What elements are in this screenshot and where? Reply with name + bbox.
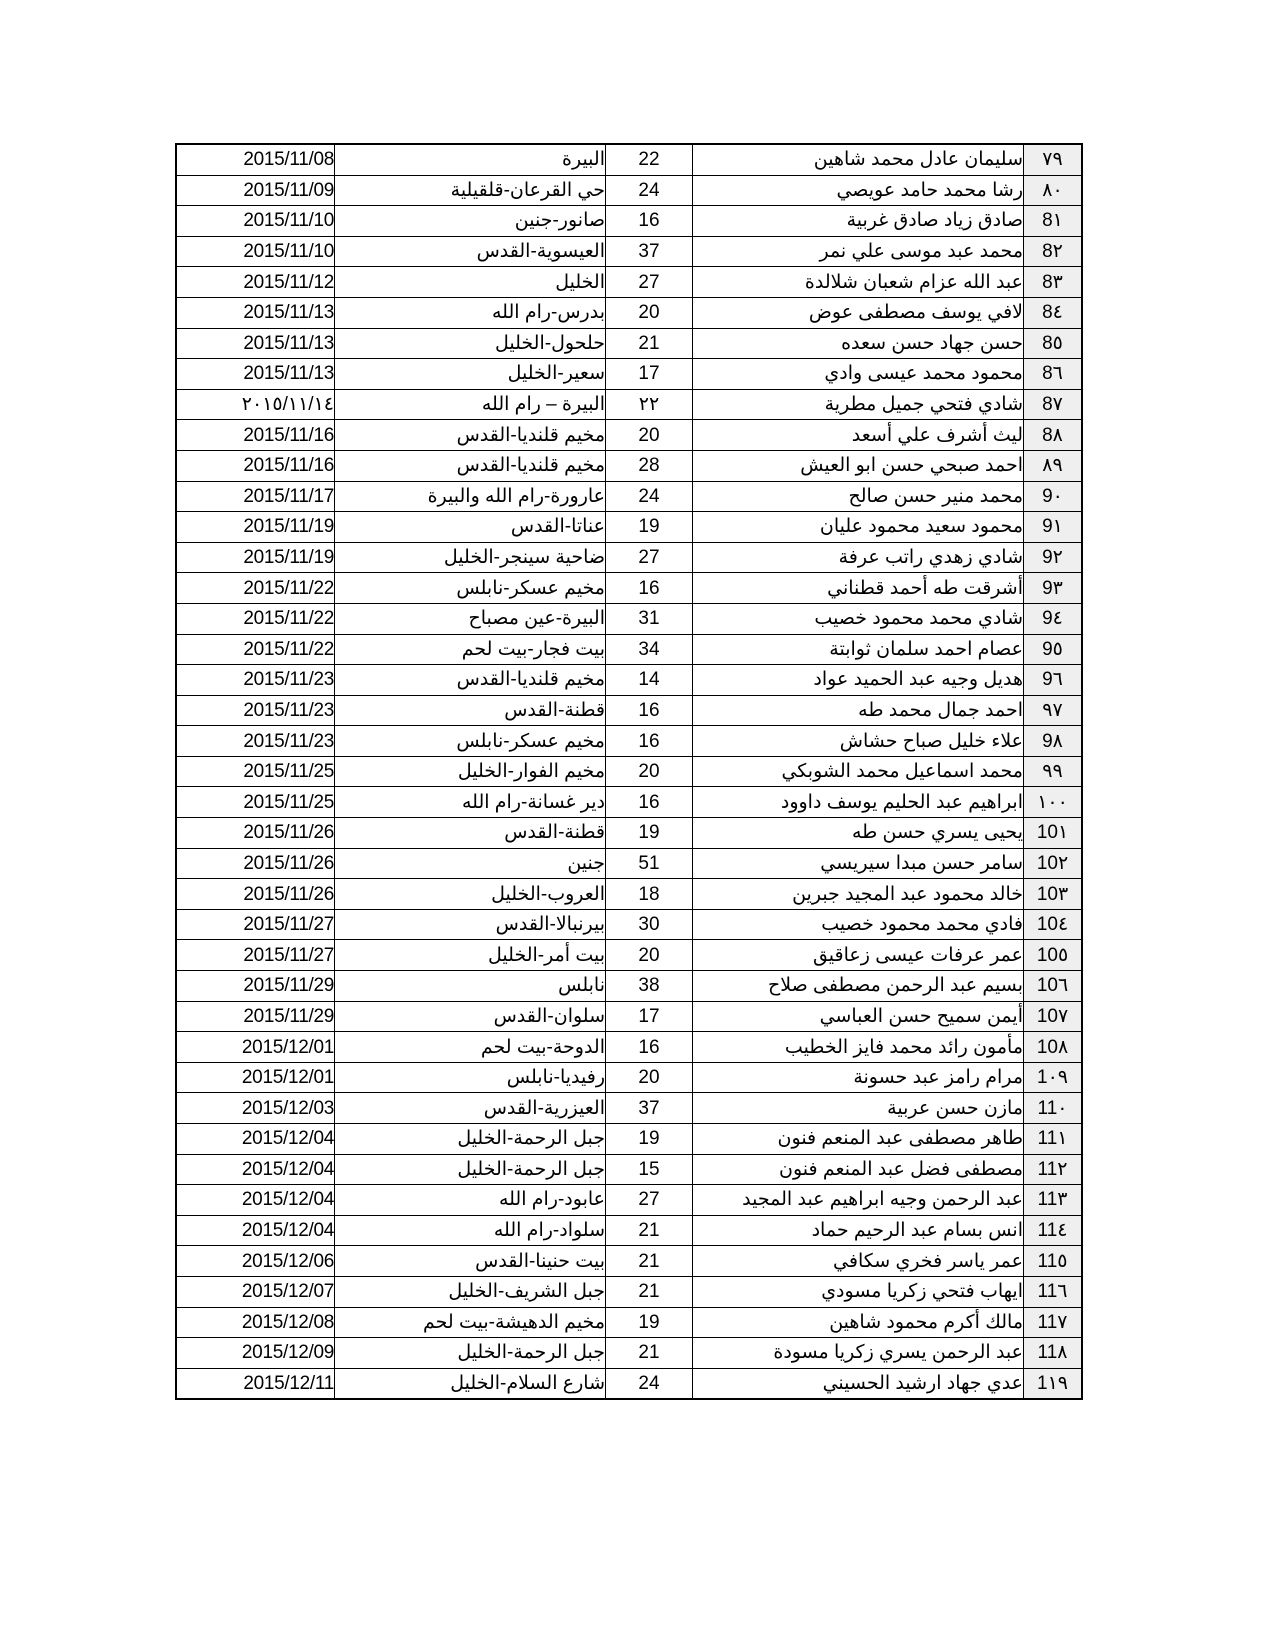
- number-cell: 8٥: [1024, 328, 1083, 359]
- name-cell: يحيى يسري حسن طه: [693, 818, 1024, 849]
- date-cell: 2015/11/23: [176, 665, 335, 696]
- number-cell: ٨٩: [1024, 450, 1083, 481]
- place-cell: مخيم عسكر-نابلس: [335, 726, 606, 757]
- place-cell: البيرة: [335, 144, 606, 175]
- date-cell: 2015/11/08: [176, 144, 335, 175]
- age-cell: 16: [606, 787, 693, 818]
- table-row: 2015/12/04عابود-رام الله27عبد الرحمن وجي…: [176, 1185, 1082, 1216]
- number-cell: ٩٩: [1024, 756, 1083, 787]
- date-cell: 2015/11/27: [176, 909, 335, 940]
- table-row: 2015/12/11شارع السلام-الخليل24عدي جهاد ا…: [176, 1368, 1082, 1399]
- number-cell: 8٤: [1024, 297, 1083, 328]
- date-cell: 2015/12/03: [176, 1093, 335, 1124]
- name-cell: عبد الرحمن يسري زكريا مسودة: [693, 1338, 1024, 1369]
- name-cell: عبد الرحمن وجيه ابراهيم عبد المجيد: [693, 1185, 1024, 1216]
- table-row: 2015/11/19ضاحية سينجر-الخليل27شادي زهدي …: [176, 542, 1082, 573]
- age-cell: 37: [606, 1093, 693, 1124]
- place-cell: الدوحة-بيت لحم: [335, 1032, 606, 1063]
- age-cell: 20: [606, 940, 693, 971]
- date-cell: 2015/11/29: [176, 1001, 335, 1032]
- number-cell: 1٠٩: [1024, 1062, 1083, 1093]
- number-cell: 9٨: [1024, 726, 1083, 757]
- table-row: 2015/11/26قطنة-القدس19يحيى يسري حسن طه10…: [176, 818, 1082, 849]
- place-cell: البيرة-عين مصباح: [335, 603, 606, 634]
- date-cell: 2015/11/12: [176, 267, 335, 298]
- place-cell: سلوان-القدس: [335, 1001, 606, 1032]
- place-cell: سلواد-رام الله: [335, 1215, 606, 1246]
- number-cell: 9٠: [1024, 481, 1083, 512]
- place-cell: عارورة-رام الله والبيرة: [335, 481, 606, 512]
- place-cell: صانور-جنين: [335, 206, 606, 237]
- date-cell: 2015/11/22: [176, 634, 335, 665]
- number-cell: 8٧: [1024, 389, 1083, 420]
- name-cell: عصام احمد سلمان ثوابتة: [693, 634, 1024, 665]
- place-cell: مخيم قلنديا-القدس: [335, 450, 606, 481]
- table-row: ٢٠١٥/١١/١٤البيرة – رام الله٢٢شادي فتحي ج…: [176, 389, 1082, 420]
- records-table: 2015/11/08البيرة22سليمان عادل محمد شاهين…: [175, 143, 1083, 1400]
- number-cell: 10١: [1024, 818, 1083, 849]
- table-row: 2015/11/17عارورة-رام الله والبيرة24محمد …: [176, 481, 1082, 512]
- date-cell: 2015/11/25: [176, 756, 335, 787]
- age-cell: 16: [606, 695, 693, 726]
- age-cell: 22: [606, 144, 693, 175]
- number-cell: 11٦: [1024, 1276, 1083, 1307]
- date-cell: 2015/11/16: [176, 450, 335, 481]
- name-cell: مأمون رائد محمد فايز الخطيب: [693, 1032, 1024, 1063]
- age-cell: 24: [606, 175, 693, 206]
- age-cell: ٢٢: [606, 389, 693, 420]
- age-cell: 20: [606, 420, 693, 451]
- place-cell: البيرة – رام الله: [335, 389, 606, 420]
- date-cell: 2015/11/13: [176, 328, 335, 359]
- number-cell: 9٦: [1024, 665, 1083, 696]
- age-cell: 34: [606, 634, 693, 665]
- age-cell: 14: [606, 665, 693, 696]
- date-cell: 2015/11/10: [176, 206, 335, 237]
- table-row: 2015/11/27بيت أمر-الخليل20عمر عرفات عيسى…: [176, 940, 1082, 971]
- number-cell: 11٣: [1024, 1185, 1083, 1216]
- name-cell: شادي محمد محمود خصيب: [693, 603, 1024, 634]
- number-cell: 9٥: [1024, 634, 1083, 665]
- number-cell: 11٤: [1024, 1215, 1083, 1246]
- table-row: 2015/11/23مخيم قلنديا-القدس14هديل وجيه ع…: [176, 665, 1082, 696]
- age-cell: 19: [606, 512, 693, 543]
- table-row: 2015/11/29نابلس38بسيم عبد الرحمن مصطفى ص…: [176, 971, 1082, 1002]
- name-cell: شادي زهدي راتب عرفة: [693, 542, 1024, 573]
- table-row: 2015/11/08البيرة22سليمان عادل محمد شاهين…: [176, 144, 1082, 175]
- table-row: 2015/11/26العروب-الخليل18خالد محمود عبد …: [176, 879, 1082, 910]
- number-cell: 8٦: [1024, 359, 1083, 390]
- date-cell: 2015/11/23: [176, 726, 335, 757]
- age-cell: 21: [606, 1215, 693, 1246]
- table-row: 2015/12/04سلواد-رام الله21انس بسام عبد ا…: [176, 1215, 1082, 1246]
- name-cell: هديل وجيه عبد الحميد عواد: [693, 665, 1024, 696]
- place-cell: رفيديا-نابلس: [335, 1062, 606, 1093]
- name-cell: مصطفى فضل عبد المنعم فنون: [693, 1154, 1024, 1185]
- number-cell: 10٦: [1024, 971, 1083, 1002]
- place-cell: عابود-رام الله: [335, 1185, 606, 1216]
- place-cell: ضاحية سينجر-الخليل: [335, 542, 606, 573]
- table-row: 2015/11/25دير غسانة-رام الله16ابراهيم عب…: [176, 787, 1082, 818]
- number-cell: 11٨: [1024, 1338, 1083, 1369]
- age-cell: 21: [606, 328, 693, 359]
- age-cell: 21: [606, 1276, 693, 1307]
- name-cell: عمر عرفات عيسى زعاقيق: [693, 940, 1024, 971]
- age-cell: 27: [606, 542, 693, 573]
- table-row: 2015/11/16مخيم قلنديا-القدس28احمد صبحي ح…: [176, 450, 1082, 481]
- age-cell: 27: [606, 1185, 693, 1216]
- age-cell: 27: [606, 267, 693, 298]
- age-cell: 17: [606, 359, 693, 390]
- number-cell: 10٥: [1024, 940, 1083, 971]
- name-cell: ليث أشرف علي أسعد: [693, 420, 1024, 451]
- name-cell: لافي يوسف مصطفى عوض: [693, 297, 1024, 328]
- table-row: 2015/11/10صانور-جنين16صادق زياد صادق غرب…: [176, 206, 1082, 237]
- number-cell: 8١: [1024, 206, 1083, 237]
- table-row: 2015/12/04جبل الرحمة-الخليل19طاهر مصطفى …: [176, 1124, 1082, 1155]
- age-cell: 37: [606, 236, 693, 267]
- place-cell: شارع السلام-الخليل: [335, 1368, 606, 1399]
- name-cell: رشا محمد حامد عويصي: [693, 175, 1024, 206]
- place-cell: العيزرية-القدس: [335, 1093, 606, 1124]
- table-row: 2015/11/16مخيم قلنديا-القدس20ليث أشرف عل…: [176, 420, 1082, 451]
- name-cell: شادي فتحي جميل مطرية: [693, 389, 1024, 420]
- date-cell: 2015/11/13: [176, 359, 335, 390]
- number-cell: 8٨: [1024, 420, 1083, 451]
- place-cell: مخيم الفوار-الخليل: [335, 756, 606, 787]
- table-row: 2015/11/22البيرة-عين مصباح31شادي محمد مح…: [176, 603, 1082, 634]
- date-cell: 2015/12/04: [176, 1124, 335, 1155]
- date-cell: 2015/11/16: [176, 420, 335, 451]
- table-row: 2015/12/08مخيم الدهيشة-بيت لحم19مالك أكر…: [176, 1307, 1082, 1338]
- table-row: 2015/11/23قطنة-القدس16احمد جمال محمد طه٩…: [176, 695, 1082, 726]
- table-row: 2015/12/06بيت حنينا-القدس21عمر ياسر فخري…: [176, 1246, 1082, 1277]
- name-cell: انس بسام عبد الرحيم حماد: [693, 1215, 1024, 1246]
- date-cell: 2015/11/26: [176, 879, 335, 910]
- table-row: 2015/11/22بيت فجار-بيت لحم34عصام احمد سل…: [176, 634, 1082, 665]
- table-row: 2015/12/07جبل الشريف-الخليل21ايهاب فتحي …: [176, 1276, 1082, 1307]
- table-row: 2015/12/01الدوحة-بيت لحم16مأمون رائد محم…: [176, 1032, 1082, 1063]
- place-cell: مخيم قلنديا-القدس: [335, 420, 606, 451]
- place-cell: بيت حنينا-القدس: [335, 1246, 606, 1277]
- age-cell: 24: [606, 481, 693, 512]
- place-cell: العيسوية-القدس: [335, 236, 606, 267]
- name-cell: سليمان عادل محمد شاهين: [693, 144, 1024, 175]
- age-cell: 19: [606, 1307, 693, 1338]
- number-cell: ١٠٠: [1024, 787, 1083, 818]
- age-cell: 20: [606, 1062, 693, 1093]
- date-cell: 2015/11/17: [176, 481, 335, 512]
- table-row: 2015/12/09جبل الرحمة-الخليل21عبد الرحمن …: [176, 1338, 1082, 1369]
- date-cell: 2015/11/26: [176, 848, 335, 879]
- date-cell: 2015/12/04: [176, 1215, 335, 1246]
- table-row: 2015/11/19عناتا-القدس19محمود سعيد محمود …: [176, 512, 1082, 543]
- age-cell: 17: [606, 1001, 693, 1032]
- number-cell: 11٠: [1024, 1093, 1083, 1124]
- age-cell: 31: [606, 603, 693, 634]
- records-table-body: 2015/11/08البيرة22سليمان عادل محمد شاهين…: [176, 144, 1082, 1399]
- date-cell: 2015/11/09: [176, 175, 335, 206]
- age-cell: 16: [606, 1032, 693, 1063]
- name-cell: مالك أكرم محمود شاهين: [693, 1307, 1024, 1338]
- place-cell: حلحول-الخليل: [335, 328, 606, 359]
- age-cell: 19: [606, 818, 693, 849]
- place-cell: نابلس: [335, 971, 606, 1002]
- place-cell: قطنة-القدس: [335, 818, 606, 849]
- number-cell: 11٢: [1024, 1154, 1083, 1185]
- table-row: 2015/11/25مخيم الفوار-الخليل20محمد اسماع…: [176, 756, 1082, 787]
- age-cell: 20: [606, 297, 693, 328]
- place-cell: قطنة-القدس: [335, 695, 606, 726]
- date-cell: 2015/11/29: [176, 971, 335, 1002]
- table-row: 2015/11/29سلوان-القدس17أيمن سميح حسن الع…: [176, 1001, 1082, 1032]
- number-cell: 9١: [1024, 512, 1083, 543]
- place-cell: جبل الرحمة-الخليل: [335, 1124, 606, 1155]
- date-cell: 2015/11/27: [176, 940, 335, 971]
- table-row: 2015/11/26جنين51سامر حسن مبدا سيريسي10٢: [176, 848, 1082, 879]
- place-cell: بيرنبالا-القدس: [335, 909, 606, 940]
- age-cell: 38: [606, 971, 693, 1002]
- date-cell: 2015/12/08: [176, 1307, 335, 1338]
- date-cell: 2015/11/10: [176, 236, 335, 267]
- place-cell: مخيم عسكر-نابلس: [335, 573, 606, 604]
- number-cell: 10٤: [1024, 909, 1083, 940]
- table-row: 2015/11/09حي القرعان-قلقيلية24رشا محمد ح…: [176, 175, 1082, 206]
- table-row: 2015/11/13سعير-الخليل17محمود محمد عيسى و…: [176, 359, 1082, 390]
- age-cell: 21: [606, 1338, 693, 1369]
- date-cell: 2015/12/07: [176, 1276, 335, 1307]
- table-row: 2015/11/27بيرنبالا-القدس30فادي محمد محمو…: [176, 909, 1082, 940]
- place-cell: سعير-الخليل: [335, 359, 606, 390]
- number-cell: 1١٩: [1024, 1368, 1083, 1399]
- name-cell: محمد اسماعيل محمد الشوبكي: [693, 756, 1024, 787]
- name-cell: ابراهيم عبد الحليم يوسف داوود: [693, 787, 1024, 818]
- date-cell: 2015/12/01: [176, 1032, 335, 1063]
- date-cell: 2015/11/22: [176, 603, 335, 634]
- place-cell: جبل الشريف-الخليل: [335, 1276, 606, 1307]
- number-cell: 10٧: [1024, 1001, 1083, 1032]
- name-cell: احمد جمال محمد طه: [693, 695, 1024, 726]
- age-cell: 16: [606, 573, 693, 604]
- name-cell: سامر حسن مبدا سيريسي: [693, 848, 1024, 879]
- table-row: 2015/12/01رفيديا-نابلس20مرام رامز عبد حس…: [176, 1062, 1082, 1093]
- number-cell: 11٧: [1024, 1307, 1083, 1338]
- name-cell: محمد عبد موسى علي نمر: [693, 236, 1024, 267]
- age-cell: 18: [606, 879, 693, 910]
- name-cell: أشرقت طه أحمد قطناني: [693, 573, 1024, 604]
- date-cell: 2015/11/25: [176, 787, 335, 818]
- place-cell: بدرس-رام الله: [335, 297, 606, 328]
- date-cell: 2015/11/22: [176, 573, 335, 604]
- name-cell: فادي محمد محمود خصيب: [693, 909, 1024, 940]
- date-cell: 2015/12/01: [176, 1062, 335, 1093]
- age-cell: 16: [606, 726, 693, 757]
- place-cell: مخيم قلنديا-القدس: [335, 665, 606, 696]
- name-cell: محمود محمد عيسى وادي: [693, 359, 1024, 390]
- date-cell: ٢٠١٥/١١/١٤: [176, 389, 335, 420]
- number-cell: 9٣: [1024, 573, 1083, 604]
- number-cell: 10٣: [1024, 879, 1083, 910]
- number-cell: 8٢: [1024, 236, 1083, 267]
- name-cell: بسيم عبد الرحمن مصطفى صلاح: [693, 971, 1024, 1002]
- place-cell: بيت أمر-الخليل: [335, 940, 606, 971]
- name-cell: محمود سعيد محمود عليان: [693, 512, 1024, 543]
- table-row: 2015/11/23مخيم عسكر-نابلس16علاء خليل صبا…: [176, 726, 1082, 757]
- number-cell: 9٤: [1024, 603, 1083, 634]
- age-cell: 20: [606, 756, 693, 787]
- name-cell: محمد منير حسن صالح: [693, 481, 1024, 512]
- name-cell: مازن حسن عربية: [693, 1093, 1024, 1124]
- table-row: 2015/11/13بدرس-رام الله20لافي يوسف مصطفى…: [176, 297, 1082, 328]
- number-cell: 8٣: [1024, 267, 1083, 298]
- table-row: 2015/11/12الخليل27عبد الله عزام شعبان شل…: [176, 267, 1082, 298]
- place-cell: عناتا-القدس: [335, 512, 606, 543]
- name-cell: خالد محمود عبد المجيد جبرين: [693, 879, 1024, 910]
- place-cell: مخيم الدهيشة-بيت لحم: [335, 1307, 606, 1338]
- place-cell: دير غسانة-رام الله: [335, 787, 606, 818]
- table-row: 2015/11/22مخيم عسكر-نابلس16أشرقت طه أحمد…: [176, 573, 1082, 604]
- date-cell: 2015/11/13: [176, 297, 335, 328]
- place-cell: حي القرعان-قلقيلية: [335, 175, 606, 206]
- age-cell: 24: [606, 1368, 693, 1399]
- name-cell: طاهر مصطفى عبد المنعم فنون: [693, 1124, 1024, 1155]
- date-cell: 2015/12/06: [176, 1246, 335, 1277]
- place-cell: الخليل: [335, 267, 606, 298]
- name-cell: مرام رامز عبد حسونة: [693, 1062, 1024, 1093]
- place-cell: بيت فجار-بيت لحم: [335, 634, 606, 665]
- age-cell: 30: [606, 909, 693, 940]
- name-cell: عمر ياسر فخري سكافي: [693, 1246, 1024, 1277]
- place-cell: جبل الرحمة-الخليل: [335, 1338, 606, 1369]
- date-cell: 2015/11/19: [176, 542, 335, 573]
- age-cell: 51: [606, 848, 693, 879]
- date-cell: 2015/12/11: [176, 1368, 335, 1399]
- name-cell: صادق زياد صادق غربية: [693, 206, 1024, 237]
- name-cell: أيمن سميح حسن العباسي: [693, 1001, 1024, 1032]
- number-cell: ٨٠: [1024, 175, 1083, 206]
- place-cell: جبل الرحمة-الخليل: [335, 1154, 606, 1185]
- name-cell: عدي جهاد ارشيد الحسيني: [693, 1368, 1024, 1399]
- age-cell: 21: [606, 1246, 693, 1277]
- number-cell: 10٨: [1024, 1032, 1083, 1063]
- number-cell: 11٥: [1024, 1246, 1083, 1277]
- name-cell: احمد صبحي حسن ابو العيش: [693, 450, 1024, 481]
- date-cell: 2015/11/23: [176, 695, 335, 726]
- date-cell: 2015/12/09: [176, 1338, 335, 1369]
- age-cell: 15: [606, 1154, 693, 1185]
- date-cell: 2015/11/19: [176, 512, 335, 543]
- age-cell: 28: [606, 450, 693, 481]
- date-cell: 2015/12/04: [176, 1185, 335, 1216]
- age-cell: 19: [606, 1124, 693, 1155]
- name-cell: حسن جهاد حسن سعده: [693, 328, 1024, 359]
- number-cell: 10٢: [1024, 848, 1083, 879]
- age-cell: 16: [606, 206, 693, 237]
- number-cell: 9٢: [1024, 542, 1083, 573]
- document-page: 2015/11/08البيرة22سليمان عادل محمد شاهين…: [0, 0, 1275, 1650]
- table-row: 2015/12/04جبل الرحمة-الخليل15مصطفى فضل ع…: [176, 1154, 1082, 1185]
- table-row: 2015/11/10العيسوية-القدس37محمد عبد موسى …: [176, 236, 1082, 267]
- number-cell: ٩٧: [1024, 695, 1083, 726]
- number-cell: ٧٩: [1024, 144, 1083, 175]
- name-cell: علاء خليل صباح حشاش: [693, 726, 1024, 757]
- name-cell: عبد الله عزام شعبان شلالدة: [693, 267, 1024, 298]
- table-row: 2015/12/03العيزرية-القدس37مازن حسن عربية…: [176, 1093, 1082, 1124]
- number-cell: 11١: [1024, 1124, 1083, 1155]
- date-cell: 2015/12/04: [176, 1154, 335, 1185]
- place-cell: العروب-الخليل: [335, 879, 606, 910]
- table-row: 2015/11/13حلحول-الخليل21حسن جهاد حسن سعد…: [176, 328, 1082, 359]
- date-cell: 2015/11/26: [176, 818, 335, 849]
- place-cell: جنين: [335, 848, 606, 879]
- name-cell: ايهاب فتحي زكريا مسودي: [693, 1276, 1024, 1307]
